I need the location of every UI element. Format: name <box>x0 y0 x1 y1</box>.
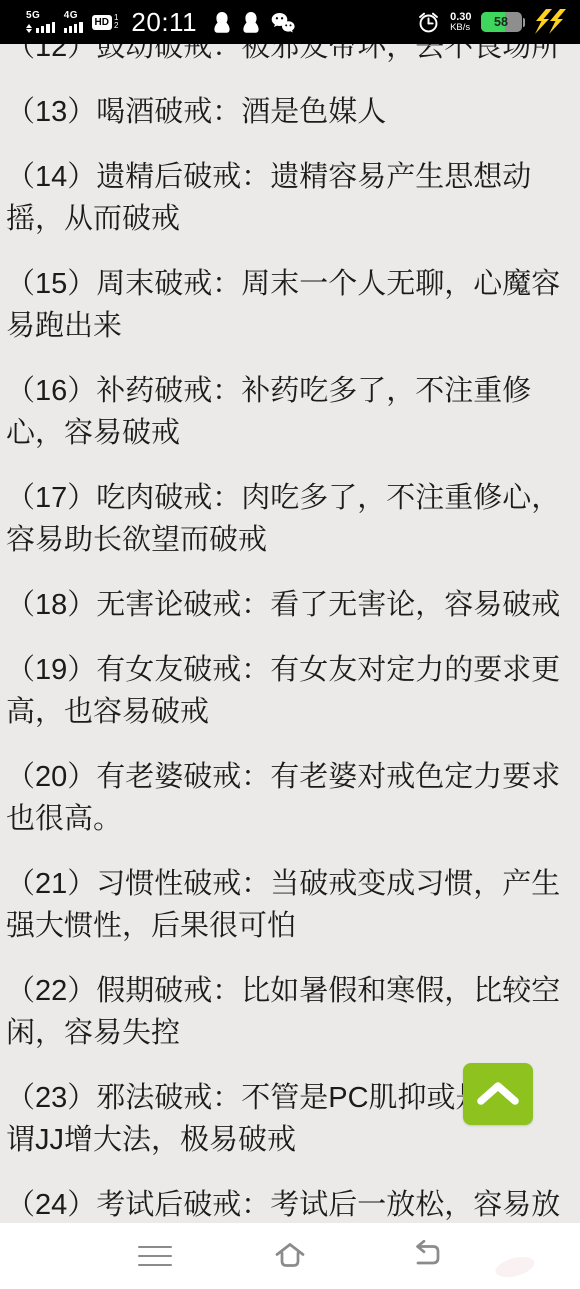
status-bar-right: 0.30 KB/s 58 <box>416 8 566 36</box>
flash-charge-icon <box>534 8 566 36</box>
navigation-bar <box>0 1223 580 1289</box>
list-item: （19）有女友破戒：有女友对定力的要求更 高，也容易破戒 <box>6 649 574 733</box>
status-bar: 5G 4G HD 1 2 20:11 <box>0 0 580 44</box>
signal-sim1: 5G <box>26 11 55 33</box>
alarm-clock-icon <box>416 10 441 35</box>
menu-icon <box>138 1246 172 1267</box>
sim1-network-label: 5G <box>26 11 40 21</box>
list-item: （21）习惯性破戒：当破戒变成习惯，产生 强大惯性，后果很可怕 <box>6 863 574 947</box>
back-icon <box>405 1240 445 1273</box>
chevron-up-icon <box>472 1074 524 1115</box>
sim2-network-label: 4G <box>64 11 78 21</box>
data-activity-icon <box>26 24 32 33</box>
home-button[interactable] <box>260 1231 320 1281</box>
volte-hd-icon: HD 1 2 <box>92 14 119 30</box>
phone-screen: 5G 4G HD 1 2 20:11 <box>0 0 580 1289</box>
list-item: （18）无害论破戒：看了无害论，容易破戒 <box>6 584 574 626</box>
list-item: （16）补药破戒：补药吃多了，不注重修 心，容易破戒 <box>6 370 574 454</box>
list-item: （24）考试后破戒：考试后一放松，容易放 <box>6 1184 574 1226</box>
signal-sim2: 4G <box>64 11 83 33</box>
list-item: （22）假期破戒：比如暑假和寒假，比较空 闲，容易失控 <box>6 970 574 1054</box>
article-content: （12）鼓动破戒：被邪友带坏，去不良场所 （13）喝酒破戒：酒是色媒人 （14）… <box>0 0 580 1249</box>
back-button[interactable] <box>395 1231 455 1281</box>
qq-icon <box>212 11 232 34</box>
battery-indicator: 58 <box>481 12 526 32</box>
wechat-icon <box>270 11 296 34</box>
status-bar-left: 5G 4G HD 1 2 20:11 <box>26 7 296 38</box>
list-item: （17）吃肉破戒：肉吃多了，不注重修心， 容易助长欲望而破戒 <box>6 477 574 561</box>
list-item: （15）周末破戒：周末一个人无聊，心魔容 易跑出来 <box>6 263 574 347</box>
battery-percent: 58 <box>481 12 522 32</box>
back-to-top-button[interactable] <box>463 1063 533 1125</box>
clock-time: 20:11 <box>131 7 197 38</box>
menu-button[interactable] <box>125 1231 185 1281</box>
list-item: （14）遗精后破戒：遗精容易产生思想动 摇，从而破戒 <box>6 156 574 240</box>
list-item: （13）喝酒破戒：酒是色媒人 <box>6 91 574 133</box>
qq-icon <box>241 11 261 34</box>
network-speed: 0.30 KB/s <box>450 11 471 34</box>
list-item: （20）有老婆破戒：有老婆对戒色定力要求 也很高。 <box>6 756 574 840</box>
home-icon <box>270 1240 310 1273</box>
